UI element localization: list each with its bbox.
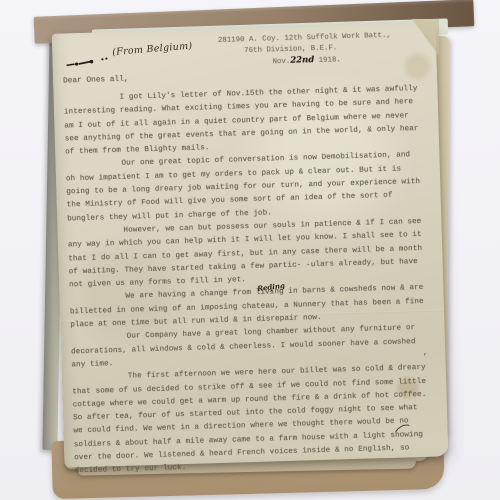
date-handwritten-overwrite: 22nd bbox=[290, 55, 314, 66]
typed-letter-page: (From Belgium) 281190 A. Coy. 12th Suffo… bbox=[52, 22, 449, 467]
ink-scribble-marks bbox=[64, 55, 112, 70]
paragraph-3: However, we can but possess our souls in… bbox=[67, 216, 425, 293]
photograph-of-typed-letter: (From Belgium) 281190 A. Coy. 12th Suffo… bbox=[0, 0, 500, 500]
letter-body: I got Lily's letter of Nov.15th the othe… bbox=[63, 83, 430, 479]
folded-corner bbox=[409, 19, 439, 59]
handwritten-annotation: (From Belgium) bbox=[112, 41, 193, 59]
date-typed-prefix: Nov. bbox=[272, 58, 290, 67]
stray-ink-mark: ’ bbox=[423, 353, 426, 363]
paragraph-1: I got Lily's letter of Nov.15th the othe… bbox=[63, 83, 421, 160]
paragraph-6: The first afternoon we were here our bil… bbox=[72, 362, 431, 479]
salutation: Dear Ones all, bbox=[63, 76, 129, 86]
date-typed-year: 1918. bbox=[314, 56, 341, 65]
letter-header: 281190 A. Coy. 12th Suffolk Work Batt., … bbox=[218, 31, 392, 70]
ink-tick-mark bbox=[393, 421, 411, 434]
paragraph-2: Our one great topic of conversation is n… bbox=[65, 149, 423, 226]
